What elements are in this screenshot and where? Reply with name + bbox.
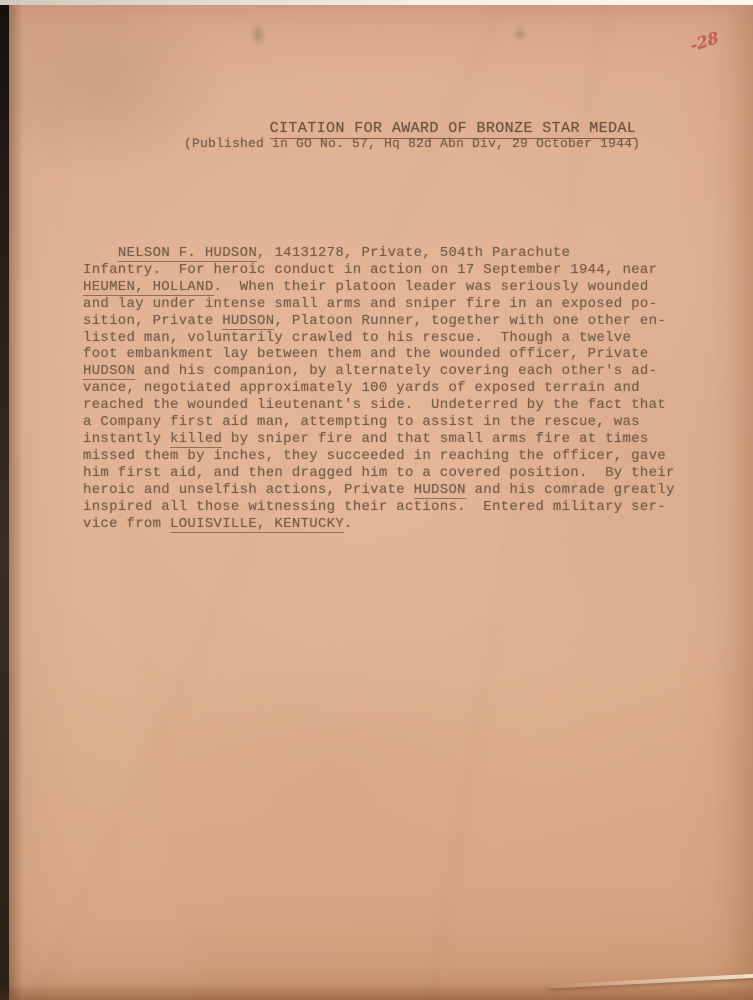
body-text: by sniper fire and that small arms fire …	[222, 431, 648, 447]
body-text: heroic and unselfish actions, Private	[83, 482, 414, 498]
underlined-text: HUDSON	[222, 313, 274, 330]
body-text: vice from	[83, 516, 170, 532]
underlined-text: LOUISVILLE, KENTUCKY	[170, 516, 344, 533]
body-line: vice from LOUISVILLE, KENTUCKY.	[83, 516, 683, 533]
underlined-text: HUDSON	[414, 482, 466, 499]
publication-line: (Published in GO No. 57, Hq 82d Abn Div,…	[184, 136, 640, 151]
body-text	[83, 245, 118, 261]
scanned-document-page: -28 CITATION FOR AWARD OF BRONZE STAR ME…	[0, 0, 753, 1000]
body-text: sition, Private	[83, 313, 222, 329]
body-text: vance, negotiated approximately 100 yard…	[83, 380, 640, 396]
underlined-text: NELSON F. HUDSON	[118, 245, 257, 262]
body-line: vance, negotiated approximately 100 yard…	[83, 380, 683, 397]
body-line: inspired all those witnessing their acti…	[83, 499, 683, 516]
body-line: heroic and unselfish actions, Private HU…	[83, 482, 683, 499]
body-text: him first aid, and then dragged him to a…	[83, 465, 675, 481]
body-text: and lay under intense small arms and sni…	[83, 296, 657, 312]
body-text: listed man, voluntarily crawled to his r…	[83, 330, 631, 346]
body-line: Infantry. For heroic conduct in action o…	[83, 262, 683, 279]
body-text: missed them by inches, they succeeded in…	[83, 448, 666, 464]
underlined-text: HUDSON	[83, 363, 135, 380]
body-line: reached the wounded lieutenant's side. U…	[83, 397, 683, 414]
citation-body: NELSON F. HUDSON, 14131278, Private, 504…	[83, 245, 683, 532]
body-text: instantly	[83, 431, 170, 447]
body-line: HEUMEN, HOLLAND. When their platoon lead…	[83, 279, 683, 296]
scan-left-edge-shadow	[0, 5, 9, 1000]
body-text: and his comrade greatly	[466, 482, 675, 498]
body-text: , 14131278, Private, 504th Parachute	[257, 245, 570, 261]
body-text: foot embankment lay between them and the…	[83, 346, 649, 362]
underlined-text: killed	[170, 431, 222, 448]
body-text: reached the wounded lieutenant's side. U…	[83, 397, 666, 413]
scan-top-edge	[0, 0, 753, 5]
bottom-edge-shadow	[0, 984, 753, 1000]
body-line: him first aid, and then dragged him to a…	[83, 465, 683, 482]
body-line: a Company first aid man, attempting to a…	[83, 414, 683, 431]
body-text: inspired all those witnessing their acti…	[83, 499, 666, 515]
left-edge-inner-shadow	[9, 5, 23, 1000]
body-line: NELSON F. HUDSON, 14131278, Private, 504…	[83, 245, 683, 262]
body-text: Infantry. For heroic conduct in action o…	[83, 262, 657, 278]
underlined-text: HEUMEN, HOLLAND	[83, 279, 214, 296]
body-text: and his companion, by alternately coveri…	[135, 363, 657, 379]
body-text: a Company first aid man, attempting to a…	[83, 414, 640, 430]
body-line: foot embankment lay between them and the…	[83, 346, 683, 363]
body-line: instantly killed by sniper fire and that…	[83, 431, 683, 448]
body-text: , Platoon Runner, together with one othe…	[274, 313, 666, 329]
body-text: .	[344, 516, 353, 532]
body-line: and lay under intense small arms and sni…	[83, 296, 683, 313]
body-text: . When their platoon leader was seriousl…	[214, 279, 649, 295]
body-line: HUDSON and his companion, by alternately…	[83, 363, 683, 380]
body-line: sition, Private HUDSON, Platoon Runner, …	[83, 313, 683, 330]
body-line: missed them by inches, they succeeded in…	[83, 448, 683, 465]
body-line: listed man, voluntarily crawled to his r…	[83, 330, 683, 347]
